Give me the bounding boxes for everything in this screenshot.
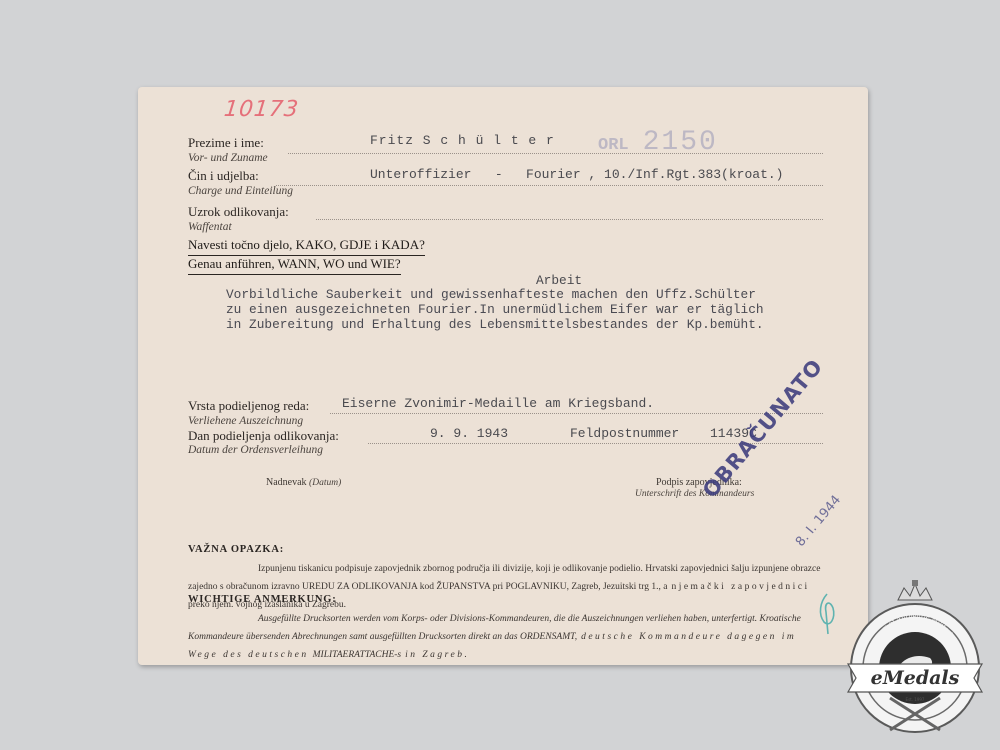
award-record-card: 10173 Prezime i ime: Vor- und Zuname Fri… bbox=[138, 87, 868, 665]
teal-pen-mark-icon bbox=[816, 592, 838, 636]
emedals-logo-icon: eMedals Est. 1997 Purveyors of Authentic… bbox=[838, 580, 993, 740]
logo-established: Est. 1997 bbox=[906, 697, 925, 702]
grey-archive-stamp: ORL2150 bbox=[598, 127, 718, 158]
award-value: Eiserne Zvonimir-Medaille am Kriegsband. bbox=[342, 396, 654, 411]
handwritten-record-number: 10173 bbox=[223, 97, 301, 122]
note-hr-spaced: njemački zapovjednici bbox=[671, 582, 809, 592]
grey-stamp-prefix: ORL bbox=[598, 136, 629, 155]
citation-heading: Arbeit bbox=[536, 273, 582, 288]
stamp-date: 8. I. 1944 bbox=[793, 493, 844, 550]
award-label: Vrsta podieljenog reda: bbox=[188, 399, 309, 413]
award-date-label: Dan podieljenja odlikovanja: bbox=[188, 429, 339, 443]
award-label-de: Verliehene Auszeichnung bbox=[188, 415, 303, 427]
date-label-de: (Datum) bbox=[309, 478, 341, 488]
cause-dotted-line bbox=[316, 219, 823, 220]
note-hr-heading: VAŽNA OPAZKA: bbox=[188, 544, 284, 555]
name-dotted-line bbox=[288, 153, 823, 154]
note-de-tail: MILITAERATTACHE-s bbox=[313, 650, 402, 660]
citation-line: in Zubereitung und Erhaltung des Lebensm… bbox=[226, 317, 764, 332]
citation-line: Vorbildliche Sauberkeit und gewissenhaft… bbox=[226, 287, 764, 302]
name-label: Prezime i ime: bbox=[188, 136, 264, 150]
note-de-heading: WICHTIGE ANMERKUNG: bbox=[188, 594, 337, 605]
citation-line: zu einen ausgezeichneten Fourier.In uner… bbox=[226, 302, 764, 317]
rank-dotted-line bbox=[276, 185, 823, 186]
rank-label-de: Charge und Einteilung bbox=[188, 185, 293, 197]
feldpost-label: Feldpostnummer bbox=[570, 426, 679, 441]
grey-stamp-number: 2150 bbox=[643, 127, 718, 158]
instruction-hr: Navesti točno djelo, KAKO, GDJE i KADA? bbox=[188, 237, 425, 256]
citation-text: Vorbildliche Sauberkeit und gewissenhaft… bbox=[226, 287, 764, 332]
instruction-de: Genau anführen, WANN, WO und WIE? bbox=[188, 256, 401, 275]
name-label-de: Vor- und Zuname bbox=[188, 152, 268, 164]
award-date-label-de: Datum der Ordensverleihung bbox=[188, 444, 323, 456]
name-value: Fritz S c h ü l t e r bbox=[370, 133, 555, 148]
signature-label-de: Unterschrift des Kommandeurs bbox=[635, 489, 754, 499]
date-label: Nadnevak bbox=[266, 477, 307, 488]
logo-brand-text: eMedals bbox=[871, 667, 960, 689]
note-de-body: Ausgefüllte Drucksorten werden vom Korps… bbox=[188, 608, 828, 662]
award-date-value: 9. 9. 1943 bbox=[430, 426, 508, 441]
rank-value: Unteroffizier - Fourier , 10./Inf.Rgt.38… bbox=[370, 167, 783, 182]
cause-label: Uzrok odlikovanja: bbox=[188, 205, 289, 219]
note-de-spaced-tail: in Zagreb. bbox=[405, 650, 469, 660]
cause-label-de: Waffentat bbox=[188, 221, 232, 233]
rank-label: Čin i udjelba: bbox=[188, 169, 259, 183]
date-line: Nadnevak (Datum) bbox=[266, 477, 341, 488]
award-dotted-line bbox=[330, 413, 823, 414]
